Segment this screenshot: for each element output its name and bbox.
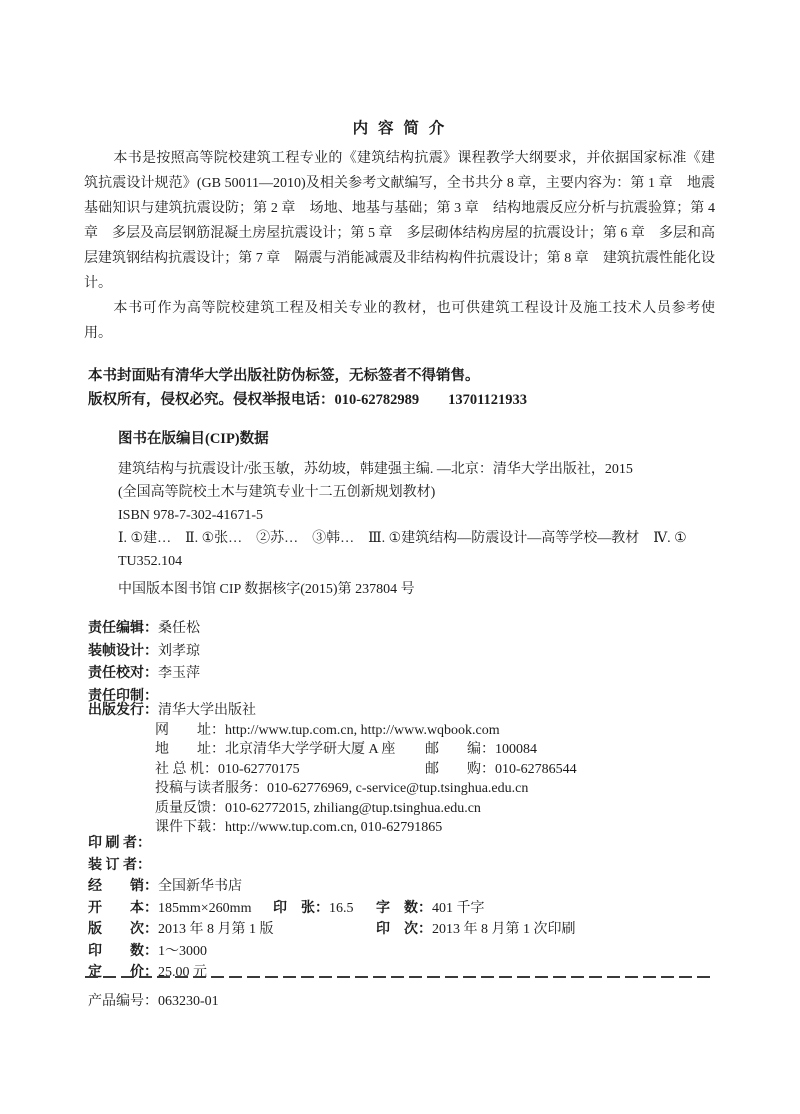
format-row: 开 本：185mm×260mm 印 张：16.5 字 数：401 千字: [88, 898, 712, 920]
cip-record-number: 中国版本图书馆 CIP 数据核字(2015)第 237804 号: [118, 578, 715, 601]
switchboard-label: 社 总 机：: [155, 762, 218, 777]
cip-heading: 图书在版编目(CIP)数据: [118, 428, 715, 451]
anti-counterfeit-notice: 本书封面贴有清华大学出版社防伪标签，无标签者不得销售。: [88, 364, 718, 388]
website-row: 网 址：http://www.tup.com.cn, http://www.wq…: [88, 721, 712, 741]
quality-feedback-label: 质量反馈：: [155, 801, 225, 816]
product-number-value: 063230-01: [158, 994, 219, 1009]
word-count-label: 字 数：: [376, 901, 432, 916]
cip-classification-line2: TU352.104: [118, 550, 715, 573]
content-summary-title: 内 容 简 介: [0, 116, 800, 138]
sheets-value: 16.5: [329, 901, 354, 916]
edition-value: 2013 年 8 月第 1 版: [158, 922, 274, 937]
reader-service-row: 投稿与读者服务：010-62776969, c-service@tup.tsin…: [88, 779, 712, 799]
reader-service-value: 010-62776969, c-service@tup.tsinghua.edu…: [267, 781, 528, 796]
format-label: 开 本：: [88, 901, 158, 916]
printer-label: 印 刷 者：: [88, 836, 151, 851]
binder-row: 装 订 者：: [88, 855, 712, 877]
website-label: 网 址：: [155, 723, 225, 738]
cip-data-block: 图书在版编目(CIP)数据 建筑结构与抗震设计/张玉敏，苏幼坡，韩建强主编. —…: [118, 428, 715, 601]
book-copyright-page: 内 容 简 介 本书是按照高等院校建筑工程专业的《建筑结构抗震》课程教学大纲要求…: [0, 0, 800, 1114]
cip-classification-line1: Ⅰ. ①建… Ⅱ. ①张… ②苏… ③韩… Ⅲ. ①建筑结构—防震设计—高等学校…: [118, 527, 715, 550]
summary-paragraph-1: 本书是按照高等院校建筑工程专业的《建筑结构抗震》课程教学大纲要求，并依据国家标准…: [84, 146, 715, 296]
sheets-label: 印 张：: [273, 901, 329, 916]
address-row: 地 址：北京清华大学学研大厦 A 座 邮 编：100084: [88, 740, 712, 760]
mailorder-value: 010-62786544: [495, 762, 577, 777]
print-run-label: 印 数：: [88, 944, 158, 959]
switchboard-value: 010-62770175: [218, 762, 300, 777]
print-run-value: 1～3000: [158, 944, 207, 959]
credit-row-proofreader: 责任校对：李玉萍: [88, 663, 708, 686]
content-summary: 本书是按照高等院校建筑工程专业的《建筑结构抗震》课程教学大纲要求，并依据国家标准…: [84, 146, 715, 346]
cip-book-line: 建筑结构与抗震设计/张玉敏，苏幼坡，韩建强主编. —北京：清华大学出版社，201…: [118, 458, 715, 481]
printer-row: 印 刷 者：: [88, 833, 712, 855]
product-number-label: 产品编号：: [88, 994, 158, 1009]
impression-label: 印 次：: [376, 922, 432, 937]
rights-reserved-notice: 版权所有，侵权必究。侵权举报电话：010-62782989 1370112193…: [88, 388, 718, 412]
publisher-row: 出版发行：清华大学出版社: [88, 701, 712, 721]
impression-value: 2013 年 8 月第 1 次印刷: [432, 922, 576, 937]
product-number-row: 产品编号：063230-01: [88, 990, 219, 1010]
print-run-row: 印 数：1～3000: [88, 941, 712, 963]
quality-feedback-value: 010-62772015, zhiliang@tup.tsinghua.edu.…: [225, 801, 481, 816]
reader-service-label: 投稿与读者服务：: [155, 781, 267, 796]
zipcode-value: 100084: [495, 742, 537, 757]
word-count-value: 401 千字: [432, 901, 485, 916]
distributor-label: 经 销：: [88, 879, 158, 894]
zipcode-label: 邮 编：: [425, 742, 495, 757]
word-count-cell: 字 数：401 千字: [376, 898, 485, 920]
credit-row-editor: 责任编辑：桑任松: [88, 618, 708, 641]
credit-value: 桑任松: [158, 621, 200, 636]
sheets-cell: 印 张：16.5: [273, 898, 354, 920]
credit-value: 刘孝琼: [158, 644, 200, 659]
quality-feedback-row: 质量反馈：010-62772015, zhiliang@tup.tsinghua…: [88, 799, 712, 819]
publisher-name: 清华大学出版社: [158, 703, 256, 718]
credit-row-designer: 装帧设计：刘孝琼: [88, 641, 708, 664]
edition-label: 版 次：: [88, 922, 158, 937]
price-row: 定 价：25.00 元: [88, 962, 712, 984]
summary-paragraph-2: 本书可作为高等院校建筑工程及相关专业的教材，也可供建筑工程设计及施工技术人员参考…: [84, 296, 715, 346]
address-label: 地 址：: [155, 742, 225, 757]
print-colophon: 印 刷 者： 装 订 者： 经 销：全国新华书店 开 本：185mm×260mm…: [88, 833, 712, 984]
credit-label: 责任校对：: [88, 666, 158, 681]
publisher-info: 出版发行：清华大学出版社 网 址：http://www.tup.com.cn, …: [88, 701, 712, 838]
impression-cell: 印 次：2013 年 8 月第 1 次印刷: [376, 919, 576, 941]
credit-label: 装帧设计：: [88, 644, 158, 659]
distributor-row: 经 销：全国新华书店: [88, 876, 712, 898]
website-value: http://www.tup.com.cn, http://www.wqbook…: [225, 723, 500, 738]
publisher-label: 出版发行：: [88, 703, 158, 718]
address-value: 北京清华大学学研大厦 A 座: [225, 742, 395, 757]
mailorder-cell: 邮 购：010-62786544: [425, 760, 577, 780]
copyright-notice: 本书封面贴有清华大学出版社防伪标签，无标签者不得销售。 版权所有，侵权必究。侵权…: [88, 364, 718, 412]
format-value: 185mm×260mm: [158, 901, 251, 916]
switchboard-row: 社 总 机：010-62770175 邮 购：010-62786544: [88, 760, 712, 780]
credit-label: 责任编辑：: [88, 621, 158, 636]
cip-isbn: ISBN 978-7-302-41671-5: [118, 504, 715, 527]
cip-series-line: (全国高等院校土木与建筑专业十二五创新规划教材): [118, 481, 715, 504]
binder-label: 装 订 者：: [88, 858, 151, 873]
credit-value: 李玉萍: [158, 666, 200, 681]
mailorder-label: 邮 购：: [425, 762, 495, 777]
distributor-value: 全国新华书店: [158, 879, 242, 894]
zipcode-cell: 邮 编：100084: [425, 740, 537, 760]
edition-row: 版 次：2013 年 8 月第 1 版 印 次：2013 年 8 月第 1 次印…: [88, 919, 712, 941]
dashed-divider: [85, 976, 712, 978]
staff-credits: 责任编辑：桑任松 装帧设计：刘孝琼 责任校对：李玉萍 责任印制：: [88, 618, 708, 708]
